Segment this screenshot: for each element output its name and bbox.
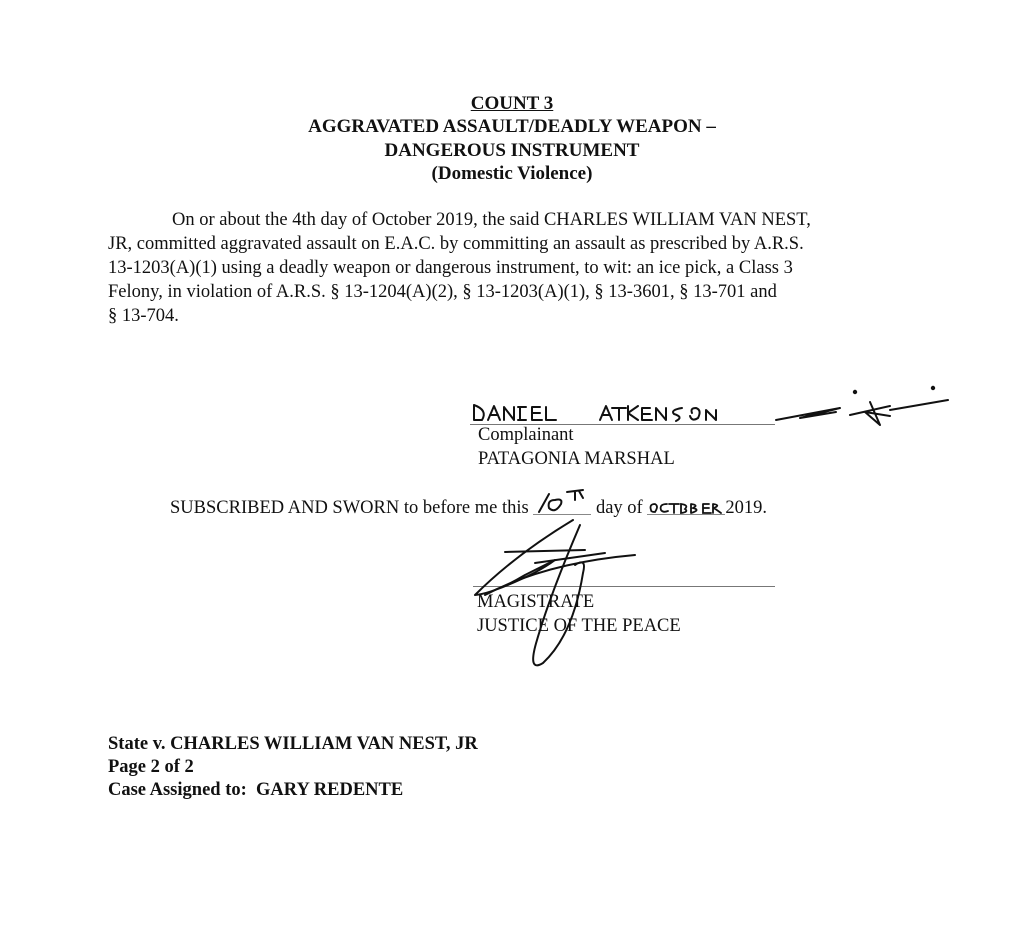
magistrate-signature-block: MAGISTRATE JUSTICE OF THE PEACE	[455, 515, 785, 675]
paragraph-line: Felony, in violation of A.R.S. § 13-1204…	[108, 280, 908, 304]
case-assignment: Case Assigned to: GARY REDENTE	[108, 779, 403, 802]
charge-title-line-1: AGGRAVATED ASSAULT/DEADLY WEAPON –	[0, 115, 1024, 138]
oath-day-field	[533, 494, 591, 515]
charge-title-line-2: DANGEROUS INSTRUMENT	[0, 139, 1024, 162]
oath-month-field	[647, 494, 725, 515]
page-number: Page 2 of 2	[108, 756, 194, 779]
magistrate-signature-ink	[455, 515, 785, 675]
charge-paragraph: On or about the 4th day of October 2019,…	[108, 208, 908, 328]
case-caption: State v. CHARLES WILLIAM VAN NEST, JR	[108, 733, 478, 756]
paragraph-line: § 13-704.	[108, 304, 908, 328]
month-handwriting-ink	[647, 496, 725, 516]
paragraph-line: On or about the 4th day of October 2019,…	[108, 208, 908, 232]
complainant-label: Complainant	[478, 423, 574, 447]
charge-subtitle: (Domestic Violence)	[0, 162, 1024, 185]
count-title: COUNT 3	[0, 92, 1024, 115]
complainant-agency: PATAGONIA MARSHAL	[478, 447, 675, 471]
paragraph-line: JR, committed aggravated assault on E.A.…	[108, 232, 908, 256]
day-handwriting-ink	[533, 486, 591, 508]
paragraph-line: 13-1203(A)(1) using a deadly weapon or d…	[108, 256, 908, 280]
complainant-signature-block: Complainant PATAGONIA MARSHAL	[470, 380, 970, 475]
